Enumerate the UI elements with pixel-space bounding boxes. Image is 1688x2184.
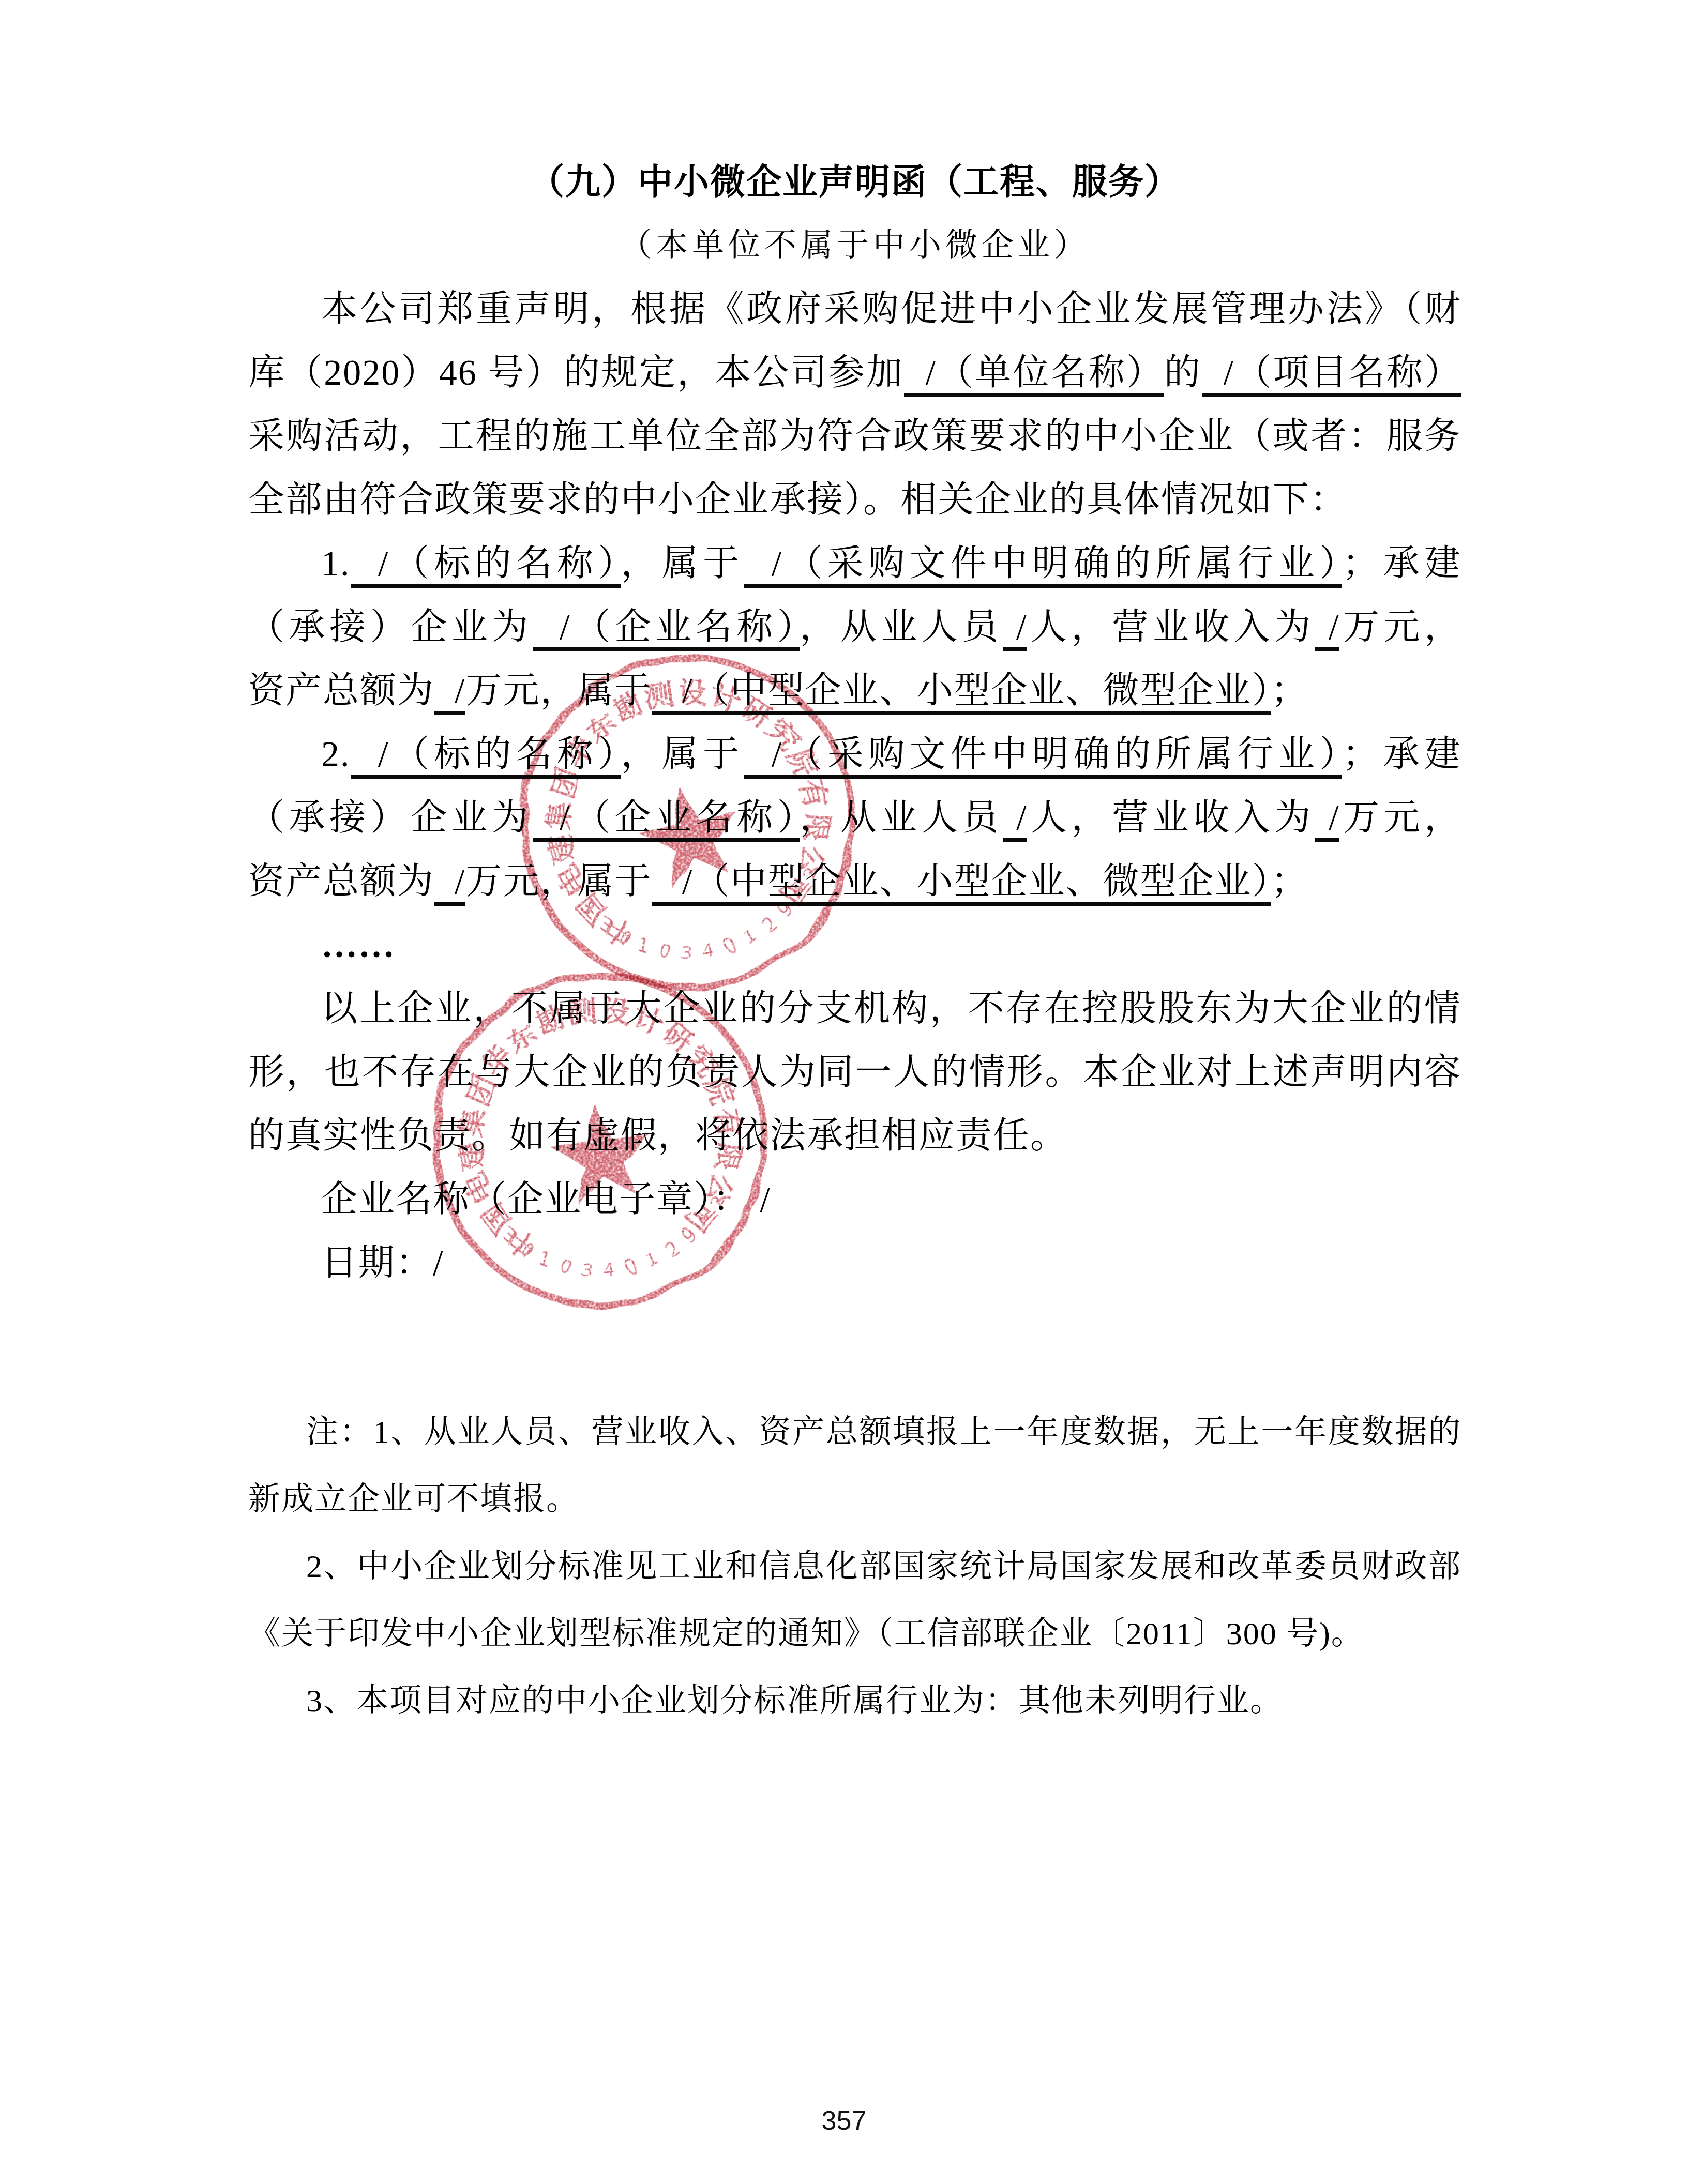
item1-type-label: 万元，属于: [465, 671, 652, 711]
item2-blank-staff: /: [1003, 798, 1028, 842]
item1-line2: （承接）企业为 /（企业名称），从业人员 /人，营业收入为 /万元，: [248, 596, 1461, 659]
note-2: 2、中小企业划分标准见工业和信息化部国家统计局国家发展和改革委员财政部: [248, 1533, 1461, 1600]
item1-blank-assets: /: [434, 671, 465, 715]
doc-title: （九）中小微企业声明函（工程、服务）: [248, 150, 1461, 214]
item1-company-label: （承接）企业为: [248, 608, 533, 647]
item2-line2-tail: 万元，: [1339, 798, 1461, 838]
closing-line2: 形，也不存在与大企业的负责人为同一人的情形。本企业对上述声明内容: [248, 1041, 1461, 1104]
para1-line2-text: 库（2020）46 号）的规定，本公司参加: [248, 353, 904, 393]
page-number: 357: [0, 2105, 1688, 2136]
item2-revenue-label: 人，营业收入为: [1027, 798, 1315, 838]
blank-unit-name: /（单位名称）: [904, 353, 1164, 397]
item1-blank-revenue: /: [1315, 608, 1340, 651]
closing-line1: 以上企业，不属于大企业的分支机构，不存在控股股东为大企业的情: [248, 977, 1461, 1041]
item2-tail-label: ；承建: [1342, 735, 1461, 775]
doc-subtitle: （本单位不属于中小微企业）: [248, 214, 1461, 278]
item1-assets-label: 资产总额为: [248, 671, 434, 711]
note-1-cont: 新成立企业可不填报。: [248, 1466, 1461, 1533]
document-page: { "page": { "number": "357" }, "doc": { …: [0, 0, 1688, 2184]
closing-line3: 的真实性负责。如有虚假，将依法承担相应责任。: [248, 1104, 1461, 1168]
item1-blank-subject: /（标的名称）: [351, 544, 621, 588]
signature-company-line: 企业名称（企业电子章）： /: [248, 1168, 1461, 1232]
item1-staff-label: ，从业人员: [800, 608, 1003, 647]
item2-line3-tail: ；: [1271, 862, 1308, 902]
item1-line2-tail: 万元，: [1339, 608, 1461, 647]
item2-blank-assets: /: [434, 862, 465, 906]
declaration-document: （九）中小微企业声明函（工程、服务） （本单位不属于中小微企业） 本公司郑重声明…: [248, 150, 1461, 1735]
item2-number: 2.: [321, 735, 351, 775]
item2-type-label: 万元，属于: [465, 862, 652, 902]
item2-blank-company: /（企业名称）: [533, 798, 800, 842]
notes-section: 注：1、从业人员、营业收入、资产总额填报上一年度数据，无上一年度数据的 新成立企…: [248, 1399, 1461, 1735]
item2-blank-industry: /（采购文件中明确的所属行业）: [744, 735, 1342, 779]
item1-revenue-label: 人，营业收入为: [1027, 608, 1315, 647]
note-2-cont: 《关于印发中小企业划型标准规定的通知》（工信部联企业〔2011〕300 号)。: [248, 1600, 1461, 1667]
item1-belong-label: ，属于: [621, 544, 744, 584]
item2-company-label: （承接）企业为: [248, 798, 533, 838]
item1-blank-company: /（企业名称）: [533, 608, 800, 651]
item1-blank-industry: /（采购文件中明确的所属行业）: [744, 544, 1342, 588]
para1-line3: 采购活动，工程的施工单位全部为符合政策要求的中小企业（或者：服务: [248, 405, 1461, 468]
note-3: 3、本项目对应的中小企业划分标准所属行业为：其他未列明行业。: [248, 1667, 1461, 1735]
item2-blank-type: /（中型企业、小型企业、微型企业）: [652, 862, 1271, 906]
item1-line3-tail: ；: [1271, 671, 1308, 711]
blank-project-name: /（项目名称）: [1202, 353, 1461, 397]
item2-blank-revenue: /: [1315, 798, 1340, 842]
signature-date-line: 日期：/: [248, 1232, 1461, 1295]
para1-line4: 全部由符合政策要求的中小企业承接）。相关企业的具体情况如下：: [248, 468, 1461, 532]
item1-blank-type: /（中型企业、小型企业、微型企业）: [652, 671, 1271, 715]
ellipsis-line: ……: [248, 914, 1461, 977]
note-1: 注：1、从业人员、营业收入、资产总额填报上一年度数据，无上一年度数据的: [248, 1399, 1461, 1466]
item1-tail-label: ；承建: [1342, 544, 1461, 584]
item1-line1: 1. /（标的名称），属于 /（采购文件中明确的所属行业）；承建: [248, 532, 1461, 596]
item2-assets-label: 资产总额为: [248, 862, 434, 902]
para1-line2: 库（2020）46 号）的规定，本公司参加 /（单位名称）的 /（项目名称）: [248, 341, 1461, 405]
item1-number: 1.: [321, 544, 351, 584]
para1-line1: 本公司郑重声明，根据《政府采购促进中小企业发展管理办法》（财: [248, 278, 1461, 341]
item1-blank-staff: /: [1003, 608, 1028, 651]
item2-line2: （承接）企业为 /（企业名称），从业人员 /人，营业收入为 /万元，: [248, 786, 1461, 850]
item2-line3: 资产总额为 /万元，属于 /（中型企业、小型企业、微型企业）；: [248, 850, 1461, 914]
item2-line1: 2. /（标的名称），属于 /（采购文件中明确的所属行业）；承建: [248, 723, 1461, 786]
item2-belong-label: ，属于: [621, 735, 744, 775]
item2-blank-subject: /（标的名称）: [351, 735, 621, 779]
item2-staff-label: ，从业人员: [800, 798, 1003, 838]
para1-line2-mid: 的: [1164, 353, 1202, 393]
item1-line3: 资产总额为 /万元，属于 /（中型企业、小型企业、微型企业）；: [248, 659, 1461, 723]
